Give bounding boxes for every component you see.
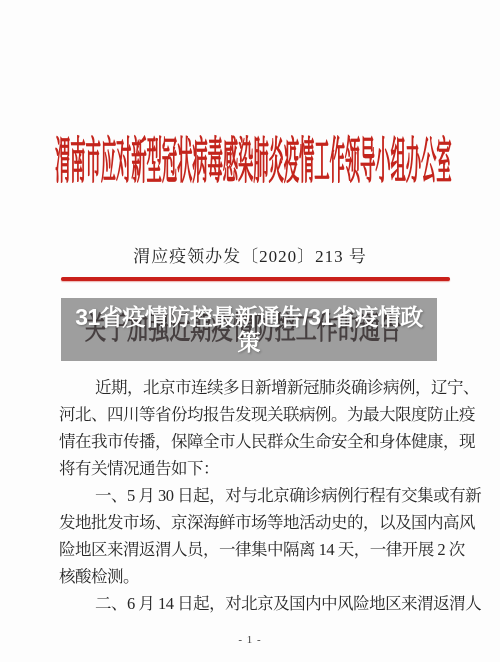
body-line: 核酸检测。 xyxy=(59,563,453,590)
body-line: 二、6 月 14 日起，对北京及国内中风险地区来渭返渭人 xyxy=(59,590,453,617)
body-text: 近期，北京市连续多日新增新冠肺炎确诊病例，辽宁、 河北、四川等省份均报告发现关联… xyxy=(59,374,453,617)
overlay-caption-line2: 策 xyxy=(61,330,437,355)
doc-number: 渭应疫领办发〔2020〕213 号 xyxy=(0,246,500,268)
overlay-caption-line1: 31省疫情防控最新通告/31省疫情政 xyxy=(61,304,437,330)
org-title-text: 渭南市应对新型冠状病毒感染肺炎疫情工作领导小组办公室 xyxy=(55,136,452,186)
body-line: 情在我市传播，保障全市人民群众生命安全和身体健康，现 xyxy=(59,428,453,455)
document-page: 渭南市应对新型冠状病毒感染肺炎疫情工作领导小组办公室 渭应疫领办发〔2020〕2… xyxy=(0,0,500,662)
red-header-title: 渭南市应对新型冠状病毒感染肺炎疫情工作领导小组办公室 xyxy=(55,136,455,188)
overlay-caption: 31省疫情防控最新通告/31省疫情政 策 xyxy=(61,298,437,355)
red-divider-line xyxy=(61,277,450,281)
body-line: 一、5 月 30 日起，对与北京确诊病例行程有交集或有新 xyxy=(59,482,453,509)
caption-overlay-banner: 关于加强近期疫情防控工作的通告 31省疫情防控最新通告/31省疫情政 策 xyxy=(61,298,437,361)
body-line: 发地批发市场、京深海鲜市场等地活动史的，以及国内高风 xyxy=(59,509,453,536)
body-line: 近期，北京市连续多日新增新冠肺炎确诊病例，辽宁、 xyxy=(59,374,453,401)
body-line: 河北、四川等省份均报告发现关联病例。为最大限度防止疫 xyxy=(59,401,453,428)
page-number: - 1 - xyxy=(0,634,500,646)
body-line: 险地区来渭返渭人员，一律集中隔离 14 天，一律开展 2 次 xyxy=(59,536,453,563)
body-line: 将有关情况通告如下： xyxy=(59,455,453,482)
